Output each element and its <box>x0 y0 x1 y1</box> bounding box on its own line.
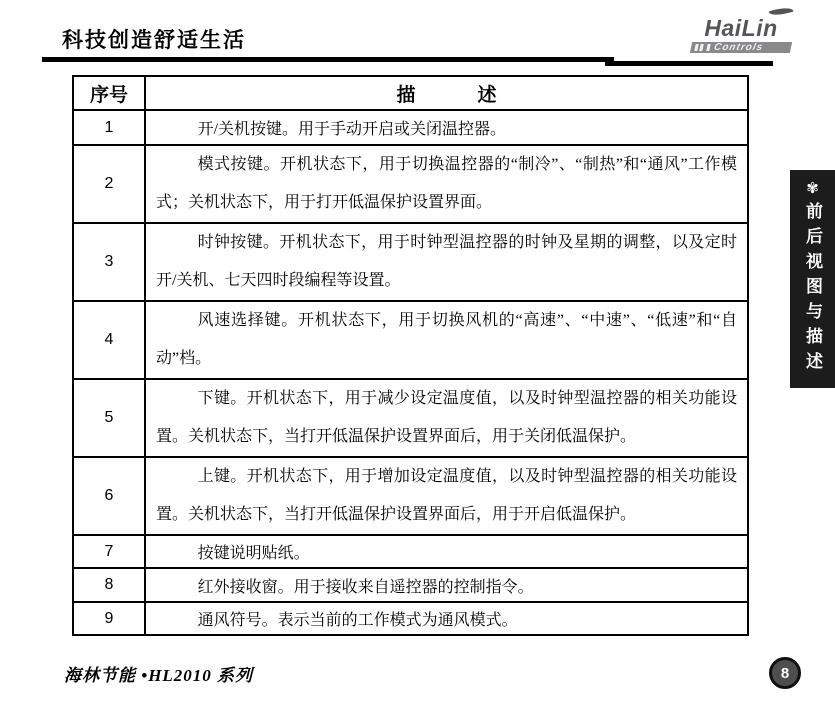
desc-header-right: 述 <box>478 80 497 107</box>
manual-page: { "header": { "slogan": "科技创造舒适生活", "log… <box>0 0 835 709</box>
column-header-description: 描 述 <box>145 76 748 110</box>
page-slogan: 科技创造舒适生活 <box>62 24 246 54</box>
row-number: 3 <box>73 223 145 301</box>
row-number: 6 <box>73 457 145 535</box>
row-description: 下键。开机状态下，用于减少设定温度值，以及时钟型温控器的相关功能设置。关机状态下… <box>156 380 737 456</box>
desc-header-left: 描 <box>396 80 415 107</box>
row-number: 7 <box>73 535 145 568</box>
table-row: 7 按键说明贴纸。 <box>73 535 748 568</box>
bar-tick-icon <box>706 44 710 51</box>
flower-gear-icon: ✾ <box>806 182 819 197</box>
row-number: 2 <box>73 145 145 223</box>
row-number: 4 <box>73 301 145 379</box>
table-row: 3 时钟按键。开机状态下，用于时钟型温控器的时钟及星期的调整，以及定时开/关机、… <box>73 223 748 301</box>
table-row: 1 开/关机按键。用于手动开启或关闭温控器。 <box>73 110 748 145</box>
row-number: 5 <box>73 379 145 457</box>
row-number: 8 <box>73 568 145 602</box>
description-table: 序号 描 述 1 开/关机按键。用于手动开启或关闭温控器。 2 模式按键。开机状… <box>72 75 749 636</box>
controls-badge: Controls <box>690 42 792 53</box>
bar-tick-icon <box>694 44 698 51</box>
row-description: 上键。开机状态下，用于增加设定温度值，以及时钟型温控器的相关功能设置。关机状态下… <box>156 458 737 534</box>
brand-text: HaiLin <box>704 15 777 41</box>
row-description: 开/关机按键。用于手动开启或关闭温控器。 <box>156 116 737 139</box>
page-number-badge: 8 <box>769 657 801 689</box>
row-description: 通风符号。表示当前的工作模式为通风模式。 <box>156 607 737 630</box>
footer-series-title: 海林节能 •HL2010 系列 <box>64 661 253 686</box>
row-number: 9 <box>73 602 145 635</box>
table-header-row: 序号 描 述 <box>73 76 748 110</box>
table-row: 8 红外接收窗。用于接收来自遥控器的控制指令。 <box>73 568 748 602</box>
table-row: 4 风速选择键。开机状态下，用于切换风机的“高速”、“中速”、“低速”和“自动”… <box>73 301 748 379</box>
row-description: 红外接收窗。用于接收来自遥控器的控制指令。 <box>156 574 737 597</box>
page-number: 8 <box>781 665 789 682</box>
header-rule-left <box>42 57 614 62</box>
table-row: 5 下键。开机状态下，用于减少设定温度值，以及时钟型温控器的相关功能设置。关机状… <box>73 379 748 457</box>
bar-tick-icon <box>699 44 703 51</box>
controls-label: Controls <box>713 43 764 53</box>
table-row: 6 上键。开机状态下，用于增加设定温度值，以及时钟型温控器的相关功能设置。关机状… <box>73 457 748 535</box>
chapter-tab-label: 前后视图与描述 <box>804 202 821 377</box>
table-row: 9 通风符号。表示当前的工作模式为通风模式。 <box>73 602 748 635</box>
row-description: 按键说明贴纸。 <box>156 540 737 563</box>
hailin-wordmark: HaiLin <box>691 16 791 40</box>
chapter-side-tab: ✾ 前后视图与描述 <box>790 170 835 388</box>
column-header-number: 序号 <box>73 76 145 110</box>
row-description: 时钟按键。开机状态下，用于时钟型温控器的时钟及星期的调整，以及定时开/关机、七天… <box>156 224 737 300</box>
row-description: 模式按键。开机状态下，用于切换温控器的“制冷”、“制热”和“通风”工作模式；关机… <box>156 146 737 222</box>
table-row: 2 模式按键。开机状态下，用于切换温控器的“制冷”、“制热”和“通风”工作模式；… <box>73 145 748 223</box>
row-number: 1 <box>73 110 145 145</box>
row-description: 风速选择键。开机状态下，用于切换风机的“高速”、“中速”、“低速”和“自动”档。 <box>156 302 737 378</box>
header-rule-right <box>605 61 773 66</box>
hailin-logo: HaiLin Controls <box>691 16 791 53</box>
